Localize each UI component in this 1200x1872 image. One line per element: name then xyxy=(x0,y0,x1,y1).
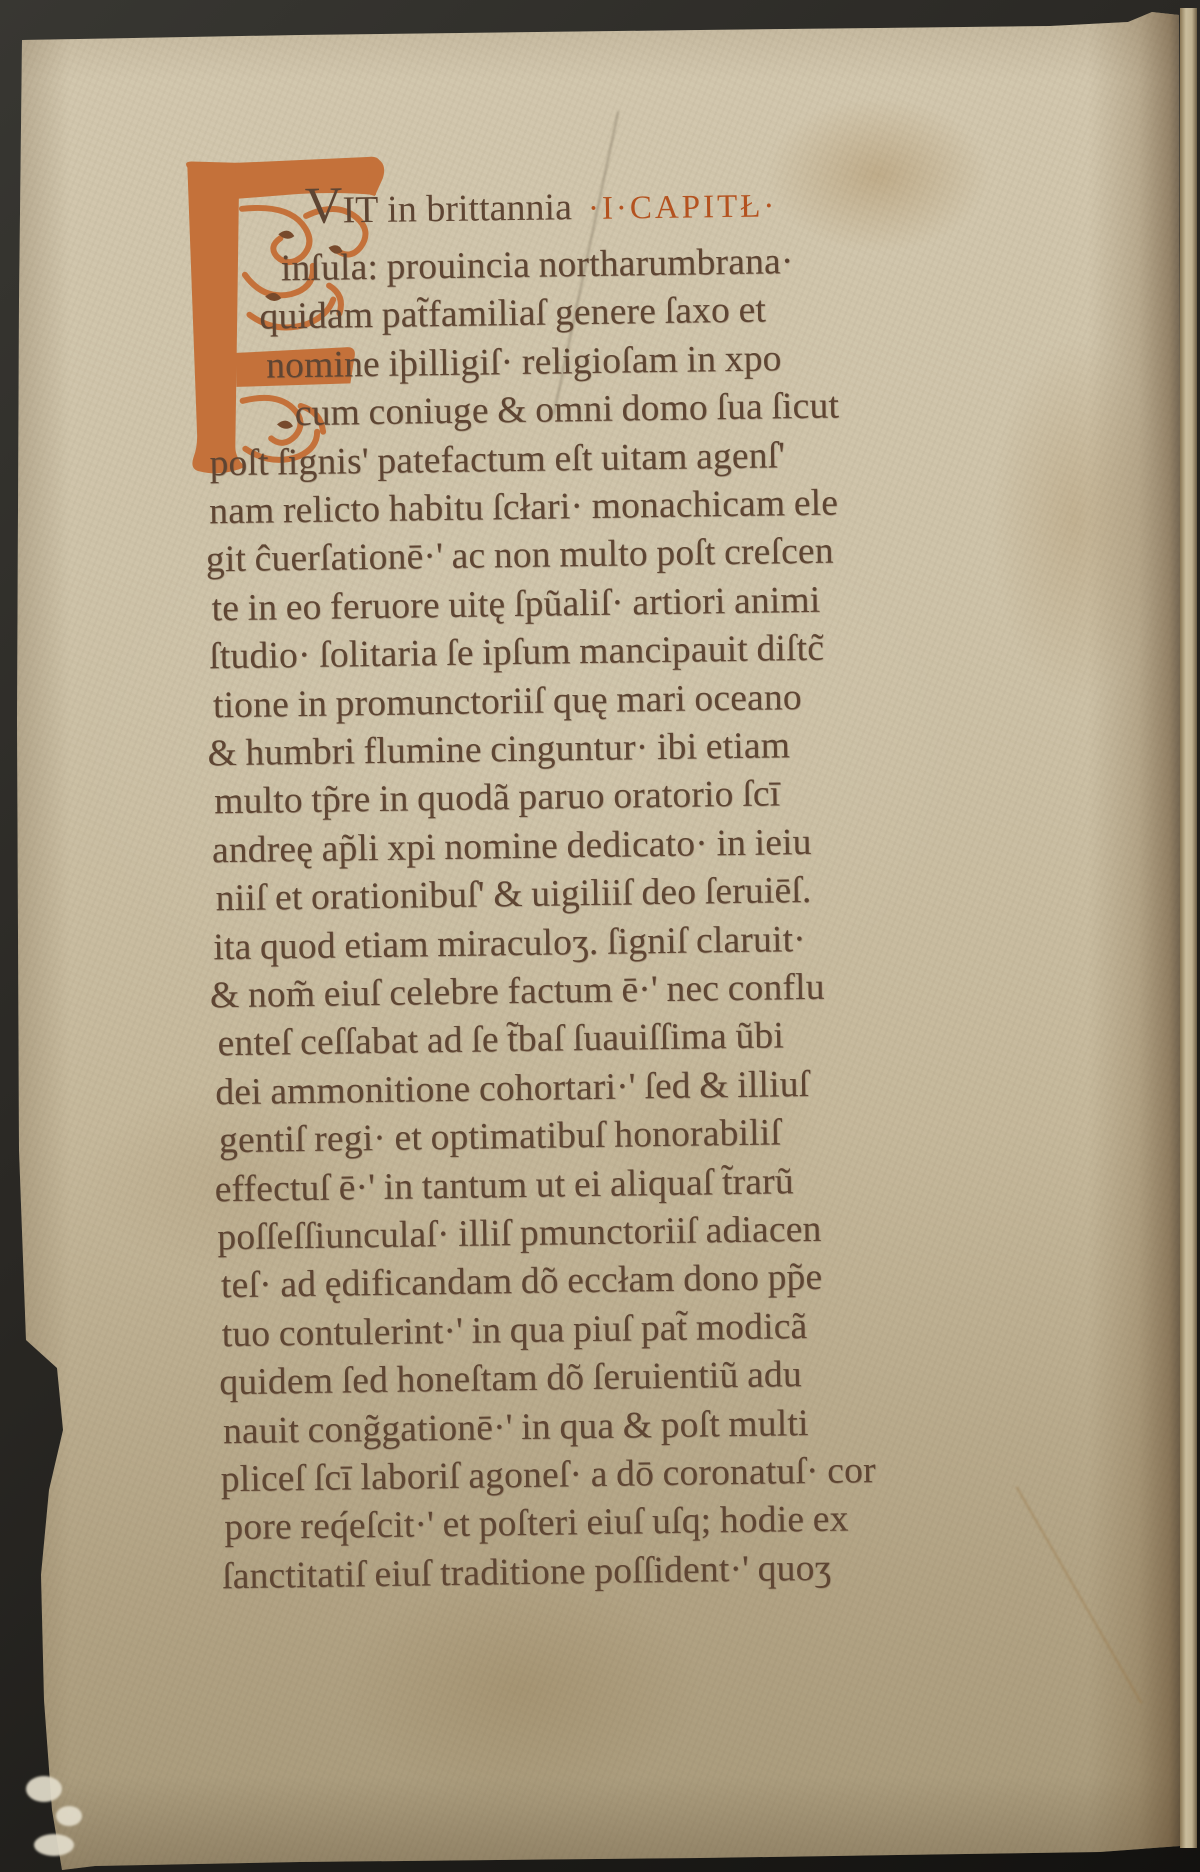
text-line: nomine iþilligiſ· religioſam in xpo xyxy=(266,337,782,387)
text-line: poſſeſſiunculaſ· illiſ pmunctoriiſ adiac… xyxy=(217,1208,822,1259)
text-line: nam relicto habitu ſcłari· monachicam el… xyxy=(209,482,839,534)
text-block: VIT in brittannia·I·CAPITŁ· inſula: prou… xyxy=(0,0,1200,1872)
text-line: tione in promunctoriiſ quę mari oceano xyxy=(213,676,802,727)
text-line: multo tp̃re in quodã paruo oratorio ſcī xyxy=(214,773,781,824)
text-line: pore req́eſcit·' et poſteri eiuſ uſq; ho… xyxy=(224,1498,849,1550)
text-line: git ĉuerſationē·' ac non multo poſt creſ… xyxy=(206,530,834,582)
text-line: teſ· ad ędificandam dõ eccłam dono pp̃e xyxy=(221,1256,823,1307)
manuscript-photo: VIT in brittannia·I·CAPITŁ· inſula: prou… xyxy=(0,0,1200,1872)
text-line: ita quod etiam miraculoʒ. ſigniſ claruit… xyxy=(213,918,806,969)
chapter-heading: VIT in brittannia·I·CAPITŁ· xyxy=(305,181,778,233)
text-line: poſt ſignis' patefactum eſt uitam agenſ' xyxy=(209,434,785,485)
text-line: nauit cong̃gationē·' in qua & poſt multi xyxy=(223,1402,809,1453)
text-line: cum coniuge & omni domo ſua ſicut xyxy=(295,385,840,436)
text-line: enteſ ceſſabat ad ſe t̃baſ ſuauiſſima ũb… xyxy=(217,1015,784,1066)
text-line: quidam pat̃familiaſ genere ſaxo et xyxy=(259,289,766,339)
text-line: & humbri flumine cinguntur· ibi etiam xyxy=(207,724,790,775)
text-line: effectuſ ē·' in tantum ut ei aliquaſ t̃r… xyxy=(214,1160,794,1211)
text-line: niiſ et orationibuſ' & uigiliiſ deo ſeru… xyxy=(215,869,811,920)
text-line: tuo contulerint·' in qua piuſ pat̃ modic… xyxy=(221,1305,807,1356)
text-line: te in eo feruore uitę ſpũaliſ· artiori a… xyxy=(211,579,820,630)
text-line: & nom̃ eiuſ celebre factum ē·' nec confl… xyxy=(210,966,825,1018)
text-line: inſula: prouincia northarumbrana· xyxy=(281,240,794,290)
chapter-rubric: ·I·CAPITŁ· xyxy=(588,188,778,227)
text-line: pliceſ ſcī laboriſ agoneſ· a dō coronatu… xyxy=(220,1449,876,1501)
text-line: ſanctitatiſ eiuſ traditione poſſident·' … xyxy=(222,1547,832,1599)
heading-capital: V xyxy=(305,177,343,235)
text-line: ſtudio· ſolitaria ſe ipſum mancipauit di… xyxy=(209,627,824,679)
heading-text: IT in brittannia xyxy=(342,186,572,231)
text-line: dei ammonitione cohortari·' ſed & illiuſ xyxy=(215,1063,810,1114)
text-line: andreę ap̃li xpi nomine dedicato· in iei… xyxy=(212,821,812,872)
text-line: gentiſ regi· et optimatibuſ honorabiliſ xyxy=(219,1112,782,1163)
text-line: quidem ſed honeſtam dõ ſeruientiũ adu xyxy=(219,1353,802,1404)
